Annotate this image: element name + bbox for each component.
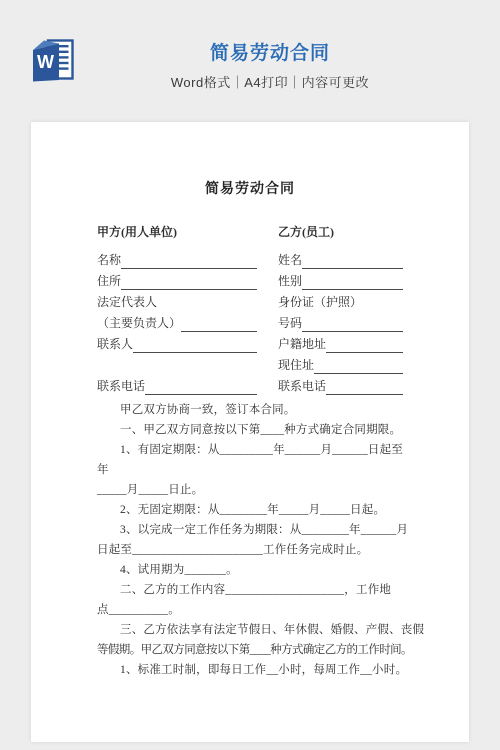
- party-a-name-field: 名称: [97, 252, 257, 269]
- blank-line: [302, 253, 403, 269]
- header: W 简易劳动合同 Word格式｜A4打印｜内容可更改: [0, 0, 500, 122]
- document-title: 简易劳动合同: [97, 180, 403, 200]
- party-a-legal-rep-label: 法定代表人: [97, 294, 257, 311]
- blank-line: [121, 253, 257, 269]
- party-b-gender-field: 性别: [278, 273, 403, 290]
- clause-1-open-term: 2、无固定期限：从________年_____月_____日起。: [97, 500, 403, 520]
- blank-line: [302, 316, 403, 332]
- blank-line: [326, 337, 403, 353]
- party-b-phone-field: 联系电话: [278, 378, 403, 395]
- clause-1-task-term-end: 日起至______________________工作任务完成时止。: [97, 540, 403, 560]
- clause-3-holidays: 三、乙方依法享有法定节假日、年休假、婚假、产假、丧假: [97, 620, 403, 640]
- party-row: 联系电话 联系电话: [97, 374, 403, 395]
- party-headings: 甲方(用人单位) 乙方(员工): [97, 222, 403, 243]
- party-row: 联系人 户籍地址: [97, 332, 403, 353]
- party-b-name-field: 姓名: [278, 252, 403, 269]
- party-row: （主要负责人） 号码: [97, 311, 403, 332]
- party-info-section: 甲方(用人单位) 乙方(员工) 名称 姓名 住所 性别 法定代表人 身份: [97, 222, 403, 395]
- clause-2-job-location: 点__________。: [97, 600, 403, 620]
- blank-line: [145, 379, 257, 395]
- party-row: 现住址: [97, 353, 403, 374]
- blank-line: [121, 274, 257, 290]
- blank-line: [302, 274, 403, 290]
- clause-1-term: 一、甲乙双方同意按以下第____种方式确定合同期限。: [97, 420, 403, 440]
- page-title: 简易劳动合同: [40, 42, 500, 66]
- clause-3-work-time: 等假期。甲乙双方同意按以下第____种方式确定乙方的工作时间。: [97, 640, 403, 660]
- party-row: 法定代表人 身份证（护照）: [97, 290, 403, 311]
- party-a-heading: 甲方(用人单位): [97, 222, 257, 243]
- party-row: 住所 性别: [97, 269, 403, 290]
- party-b-id-number-field: 号码: [278, 315, 403, 332]
- clause-1-probation: 4、试用期为_______。: [97, 560, 403, 580]
- blank-line: [133, 337, 257, 353]
- contract-clauses: 甲乙双方协商一致，签订本合同。 一、甲乙双方同意按以下第____种方式确定合同期…: [97, 400, 403, 680]
- party-b-current-address-field: 现住址: [278, 357, 403, 374]
- party-a-principal-field: （主要负责人）: [97, 315, 257, 332]
- document-page: 简易劳动合同 甲方(用人单位) 乙方(员工) 名称 姓名 住所 性别 法定代表人: [31, 122, 469, 742]
- clause-intro: 甲乙双方协商一致，签订本合同。: [97, 400, 403, 420]
- page-subtitle: Word格式｜A4打印｜内容可更改: [40, 72, 500, 91]
- party-b-id-label: 身份证（护照）: [278, 294, 403, 311]
- party-b-heading: 乙方(员工): [278, 222, 403, 243]
- clause-3-standard-hours: 1、标准工时制，即每日工作__小时，每周工作__小时。: [97, 660, 403, 680]
- party-row: 名称 姓名: [97, 248, 403, 269]
- clause-1-fixed-term-wrap: 年: [97, 460, 403, 480]
- clause-1-fixed-term: 1、有固定期限：从_________年______月______日起至: [97, 440, 403, 460]
- party-b-registered-address-field: 户籍地址: [278, 336, 403, 353]
- blank-line: [181, 316, 257, 332]
- blank-line: [326, 379, 403, 395]
- clause-1-task-term: 3、以完成一定工作任务为期限：从________年______月: [97, 520, 403, 540]
- party-a-contact-field: 联系人: [97, 336, 257, 353]
- blank-line: [314, 358, 403, 374]
- clause-1-fixed-term-end: _____月_____日止。: [97, 480, 403, 500]
- party-a-phone-field: 联系电话: [97, 378, 257, 395]
- clause-2-job-content: 二、乙方的工作内容____________________，工作地: [97, 580, 403, 600]
- party-a-address-field: 住所: [97, 273, 257, 290]
